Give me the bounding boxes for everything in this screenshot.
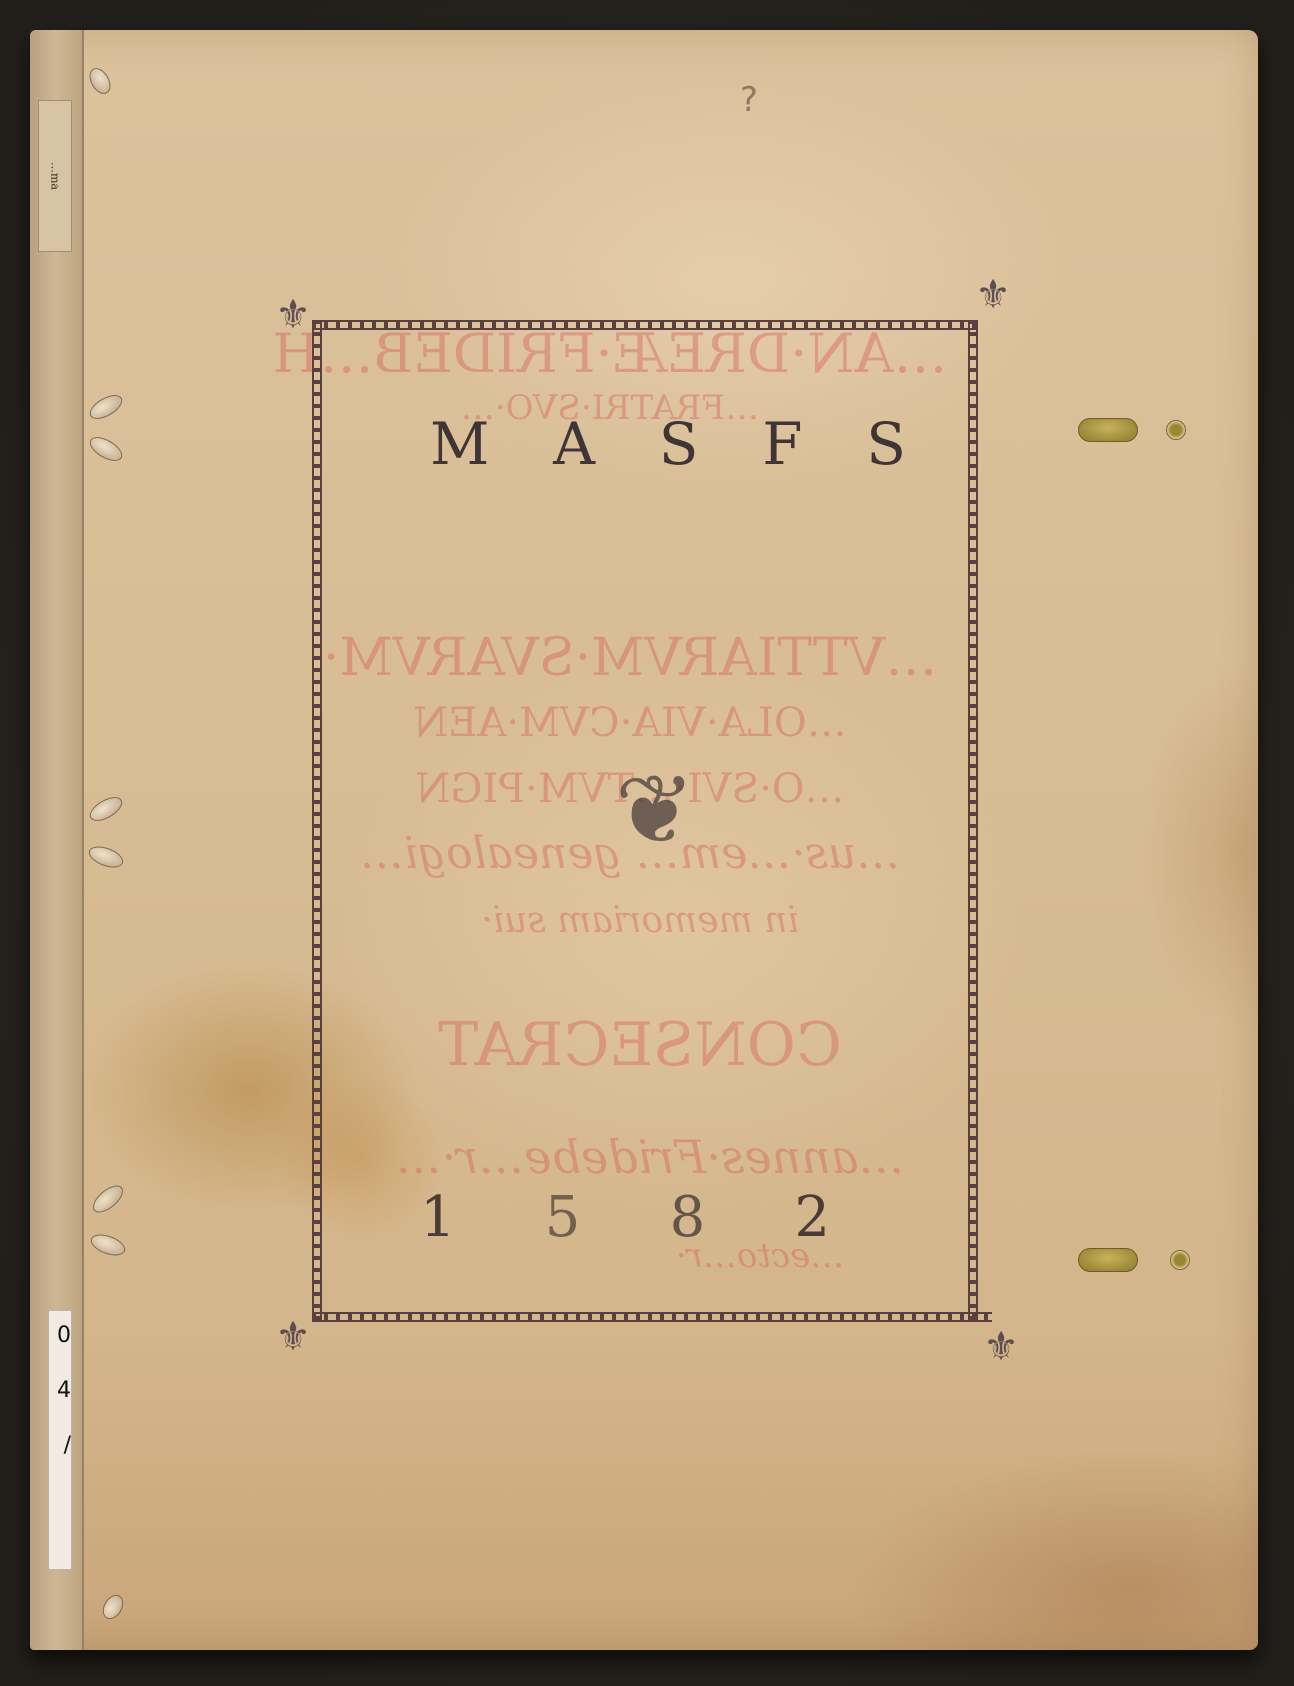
cover-date: 1 5 8 2 xyxy=(420,1185,830,1250)
date-digit: 5 xyxy=(545,1185,581,1250)
central-fleuron-icon: ❦ xyxy=(600,740,710,880)
title-letter: S xyxy=(659,410,703,478)
shelf-mark: ? xyxy=(740,80,758,120)
corner-ornament-icon: ⚜ xyxy=(968,270,1018,320)
spine-label-top-text: …ma xyxy=(49,162,62,190)
cover-tie xyxy=(1078,1248,1138,1272)
shelf-label-char: 4 xyxy=(57,1378,71,1403)
frame-right-border xyxy=(968,320,978,1320)
shelf-label-char: / xyxy=(64,1433,71,1458)
corner-ornament-icon: ⚜ xyxy=(268,1312,318,1362)
tie-hole xyxy=(1166,420,1186,440)
title-letter: M xyxy=(430,410,493,478)
frame-top-border xyxy=(312,320,978,330)
date-digit: 1 xyxy=(420,1185,456,1250)
corner-ornament-icon: ⚜ xyxy=(268,290,318,340)
tie-hole xyxy=(1170,1250,1190,1270)
corner-ornament-icon: ⚜ xyxy=(976,1322,1026,1372)
date-digit: 2 xyxy=(794,1185,830,1250)
title-letter: F xyxy=(762,410,806,478)
cover-tie xyxy=(1078,418,1138,442)
spine-label-top: …ma xyxy=(38,100,72,252)
title-letter: A xyxy=(553,410,599,478)
cover-title: M A S F S xyxy=(430,410,910,478)
spine-shelf-label: 0 4 / xyxy=(48,1310,72,1570)
shelf-label-char: 0 xyxy=(57,1323,71,1348)
frame-left-border xyxy=(312,320,322,1320)
date-digit: 8 xyxy=(670,1185,706,1250)
title-letter: S xyxy=(866,410,910,478)
frame-bottom-border xyxy=(312,1312,992,1322)
